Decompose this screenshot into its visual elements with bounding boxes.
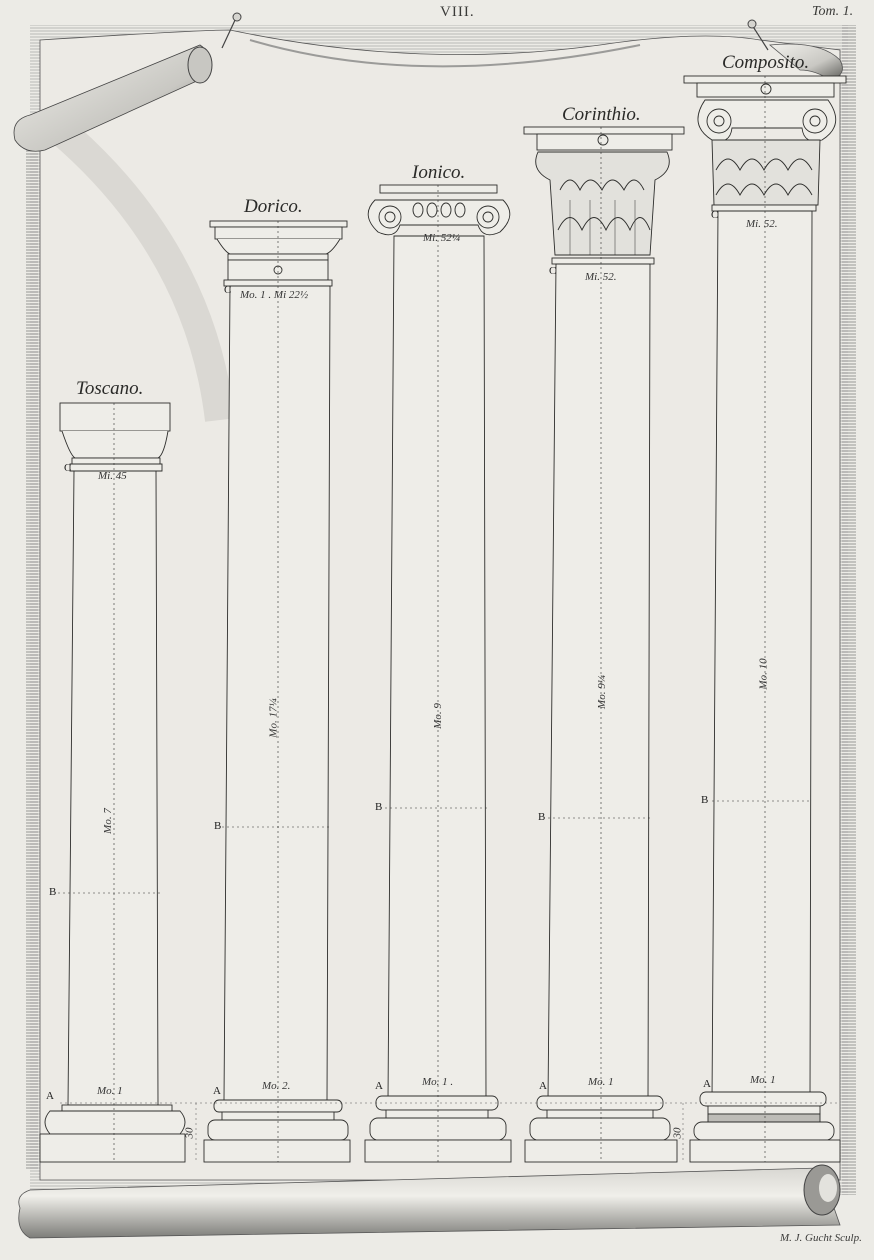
capital-measure-composito: Mi. 52.	[746, 218, 777, 230]
pedestal-mark-right: 30	[672, 1128, 684, 1139]
engraved-plate	[0, 0, 874, 1260]
order-title-ionico: Ionico.	[412, 162, 465, 184]
order-title-dorico: Dorico.	[244, 196, 303, 218]
marker-b-dorico: B	[214, 820, 221, 832]
order-title-toscano: Toscano.	[76, 378, 143, 400]
marker-c-dorico: C	[224, 284, 231, 296]
base-measure-composito: Mo. 1	[750, 1074, 776, 1086]
base-measure-corinthio: Mo. 1	[588, 1076, 614, 1088]
shaft-measure-corinthio: Mo. 9¼	[596, 675, 608, 709]
capital-measure-toscano: Mi. 45	[98, 470, 127, 482]
base-measure-toscano: Mo. 1	[97, 1085, 123, 1097]
marker-b-composito: B	[701, 794, 708, 806]
marker-b-ionico: B	[375, 801, 382, 813]
marker-a-corinthio: A	[539, 1080, 547, 1092]
capital-measure-corinthio: Mi. 52.	[585, 271, 616, 283]
engraver-signature: M. J. Gucht Sculp.	[780, 1232, 862, 1244]
marker-c-toscano: C	[64, 462, 71, 474]
capital-measure-ionico: Mi. 52¼	[423, 232, 460, 244]
marker-a-dorico: A	[213, 1085, 221, 1097]
order-title-composito: Composito.	[722, 52, 809, 74]
marker-a-toscano: A	[46, 1090, 54, 1102]
marker-b-toscano: B	[49, 886, 56, 898]
plate-number: VIII.	[440, 4, 475, 21]
capital-measure-dorico: Mo. 1 . Mi 22½	[240, 289, 308, 301]
marker-a-composito: A	[703, 1078, 711, 1090]
shaft-measure-composito: Mo. 10	[758, 658, 770, 689]
shaft-measure-dorico: Mo. 17¼	[268, 698, 280, 737]
marker-c-corinthio: C	[549, 265, 556, 277]
order-title-corinthio: Corinthio.	[562, 104, 641, 126]
marker-a-ionico: A	[375, 1080, 383, 1092]
shaft-measure-toscano: Mo. 7	[102, 808, 114, 834]
base-measure-ionico: Mo. 1 .	[422, 1076, 453, 1088]
tome-label: Tom. 1.	[812, 4, 853, 20]
marker-c-composito: C	[711, 209, 718, 221]
marker-b-corinthio: B	[538, 811, 545, 823]
pedestal-mark-left: 30	[184, 1128, 196, 1139]
shaft-measure-ionico: Mo. 9	[432, 703, 444, 729]
base-measure-dorico: Mo. 2.	[262, 1080, 290, 1092]
